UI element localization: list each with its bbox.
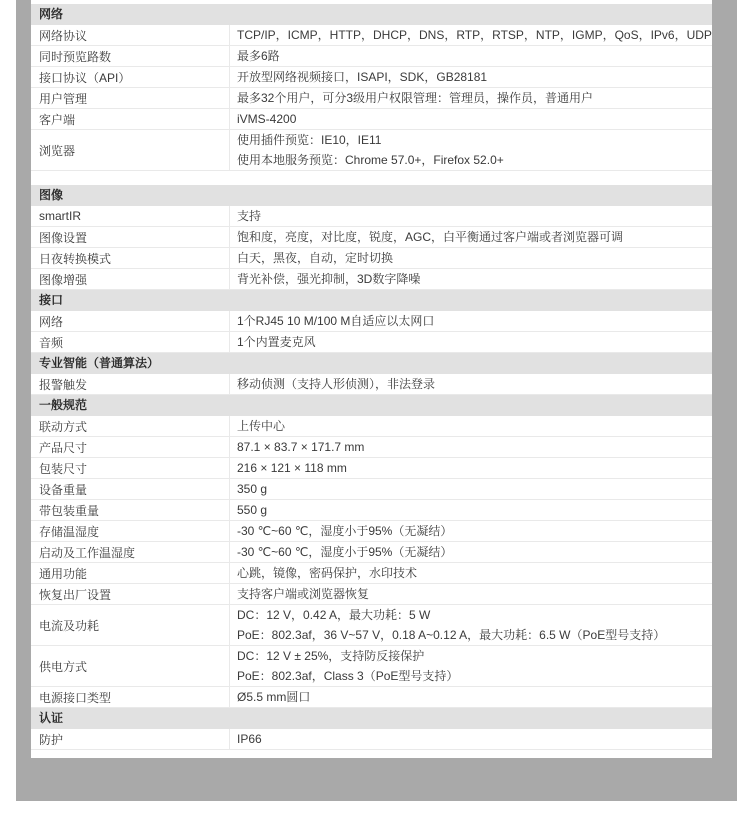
value-line: 上传中心 bbox=[237, 416, 712, 436]
row-label: 音频 bbox=[31, 332, 229, 352]
spec-section: 专业智能（普通算法）报警触发移动侦测（支持人形侦测），非法登录 bbox=[31, 353, 712, 395]
row-label: 存储温湿度 bbox=[31, 521, 229, 541]
value-line: -30 ℃~60 ℃，湿度小于95%（无凝结） bbox=[237, 521, 712, 541]
spec-row: 浏览器使用插件预览：IE10，IE11使用本地服务预览：Chrome 57.0+… bbox=[31, 130, 712, 171]
spec-row: 日夜转换模式白天，黑夜，自动，定时切换 bbox=[31, 248, 712, 269]
value-line: 使用插件预览：IE10，IE11 bbox=[237, 130, 712, 150]
row-label: 产品尺寸 bbox=[31, 437, 229, 457]
value-line: PoE：802.3af，36 V~57 V，0.18 A~0.12 A，最大功耗… bbox=[237, 625, 712, 645]
section-header: 认证 bbox=[31, 708, 712, 729]
value-line: 最多32个用户，可分3级用户权限管理：管理员，操作员，普通用户 bbox=[237, 88, 712, 108]
row-label: 网络 bbox=[31, 311, 229, 331]
row-label: 电源接口类型 bbox=[31, 687, 229, 707]
spec-row: 包装尺寸216 × 121 × 118 mm bbox=[31, 458, 712, 479]
section-header: 图像 bbox=[31, 185, 712, 206]
row-value: 移动侦测（支持人形侦测），非法登录 bbox=[229, 374, 712, 394]
section-header: 网络 bbox=[31, 4, 712, 25]
row-label: 恢复出厂设置 bbox=[31, 584, 229, 604]
row-label: 用户管理 bbox=[31, 88, 229, 108]
value-line: 550 g bbox=[237, 500, 712, 520]
spec-row: 恢复出厂设置支持客户端或浏览器恢复 bbox=[31, 584, 712, 605]
row-label: 供电方式 bbox=[31, 646, 229, 686]
value-line: 支持 bbox=[237, 206, 712, 226]
row-value: 背光补偿，强光抑制，3D数字降噪 bbox=[229, 269, 712, 289]
spec-row: 音频1个内置麦克风 bbox=[31, 332, 712, 353]
spec-section: 网络网络协议TCP/IP，ICMP，HTTP，DHCP，DNS，RTP，RTSP… bbox=[31, 4, 712, 171]
row-value: 上传中心 bbox=[229, 416, 712, 436]
value-line: 白天，黑夜，自动，定时切换 bbox=[237, 248, 712, 268]
value-line: DC：12 V，0.42 A，最大功耗：5 W bbox=[237, 605, 712, 625]
spec-row: 图像增强背光补偿，强光抑制，3D数字降噪 bbox=[31, 269, 712, 290]
row-value: 最多6路 bbox=[229, 46, 712, 66]
row-value: 白天，黑夜，自动，定时切换 bbox=[229, 248, 712, 268]
product-spec-image: 网络网络协议TCP/IP，ICMP，HTTP，DHCP，DNS，RTP，RTSP… bbox=[0, 0, 750, 824]
row-label: 日夜转换模式 bbox=[31, 248, 229, 268]
row-label: 浏览器 bbox=[31, 130, 229, 170]
spec-row: 通用功能心跳，镜像，密码保护，水印技术 bbox=[31, 563, 712, 584]
spec-section: 接口网络1个RJ45 10 M/100 M自适应以太网口音频1个内置麦克风 bbox=[31, 290, 712, 353]
value-line: TCP/IP，ICMP，HTTP，DHCP，DNS，RTP，RTSP，NTP，I… bbox=[237, 25, 712, 45]
row-label: 接口协议（API） bbox=[31, 67, 229, 87]
value-line: 心跳，镜像，密码保护，水印技术 bbox=[237, 563, 712, 583]
row-value: 350 g bbox=[229, 479, 712, 499]
spec-row: 图像设置饱和度，亮度，对比度，锐度，AGC，白平衡通过客户端或者浏览器可调 bbox=[31, 227, 712, 248]
spec-row: 网络协议TCP/IP，ICMP，HTTP，DHCP，DNS，RTP，RTSP，N… bbox=[31, 25, 712, 46]
value-line: 移动侦测（支持人形侦测），非法登录 bbox=[237, 374, 712, 394]
spec-row: 防护IP66 bbox=[31, 729, 712, 750]
background-panel: 网络网络协议TCP/IP，ICMP，HTTP，DHCP，DNS，RTP，RTSP… bbox=[16, 0, 737, 801]
row-value: -30 ℃~60 ℃，湿度小于95%（无凝结） bbox=[229, 542, 712, 562]
row-value: 550 g bbox=[229, 500, 712, 520]
spec-row: 启动及工作温湿度-30 ℃~60 ℃，湿度小于95%（无凝结） bbox=[31, 542, 712, 563]
row-label: 同时预览路数 bbox=[31, 46, 229, 66]
spec-table: 网络网络协议TCP/IP，ICMP，HTTP，DHCP，DNS，RTP，RTSP… bbox=[31, 4, 712, 750]
value-line: 使用本地服务预览：Chrome 57.0+，Firefox 52.0+ bbox=[237, 150, 712, 170]
row-value: 心跳，镜像，密码保护，水印技术 bbox=[229, 563, 712, 583]
row-value: Ø5.5 mm圆口 bbox=[229, 687, 712, 707]
row-value: 87.1 × 83.7 × 171.7 mm bbox=[229, 437, 712, 457]
section-header: 接口 bbox=[31, 290, 712, 311]
row-label: 网络协议 bbox=[31, 25, 229, 45]
value-line: -30 ℃~60 ℃，湿度小于95%（无凝结） bbox=[237, 542, 712, 562]
row-value: 最多32个用户，可分3级用户权限管理：管理员，操作员，普通用户 bbox=[229, 88, 712, 108]
row-label: 客户端 bbox=[31, 109, 229, 129]
row-value: iVMS-4200 bbox=[229, 109, 712, 129]
value-line: 开放型网络视频接口，ISAPI，SDK，GB28181 bbox=[237, 67, 712, 87]
row-label: 电流及功耗 bbox=[31, 605, 229, 645]
row-value: 饱和度，亮度，对比度，锐度，AGC，白平衡通过客户端或者浏览器可调 bbox=[229, 227, 712, 247]
spec-row: 产品尺寸87.1 × 83.7 × 171.7 mm bbox=[31, 437, 712, 458]
row-label: 报警触发 bbox=[31, 374, 229, 394]
spec-row: 接口协议（API）开放型网络视频接口，ISAPI，SDK，GB28181 bbox=[31, 67, 712, 88]
value-line: 背光补偿，强光抑制，3D数字降噪 bbox=[237, 269, 712, 289]
spec-section: 图像smartIR支持图像设置饱和度，亮度，对比度，锐度，AGC，白平衡通过客户… bbox=[31, 185, 712, 290]
value-line: 350 g bbox=[237, 479, 712, 499]
value-line: 1个RJ45 10 M/100 M自适应以太网口 bbox=[237, 311, 712, 331]
spec-row: 用户管理最多32个用户，可分3级用户权限管理：管理员，操作员，普通用户 bbox=[31, 88, 712, 109]
spec-row: 带包装重量550 g bbox=[31, 500, 712, 521]
spec-row: 网络1个RJ45 10 M/100 M自适应以太网口 bbox=[31, 311, 712, 332]
spec-row: 同时预览路数最多6路 bbox=[31, 46, 712, 67]
spec-row: 供电方式DC：12 V ± 25%，支持防反接保护PoE：802.3af，Cla… bbox=[31, 646, 712, 687]
row-value: 支持 bbox=[229, 206, 712, 226]
row-value: 使用插件预览：IE10，IE11使用本地服务预览：Chrome 57.0+，Fi… bbox=[229, 130, 712, 170]
spec-row: 存储温湿度-30 ℃~60 ℃，湿度小于95%（无凝结） bbox=[31, 521, 712, 542]
spec-row: 客户端iVMS-4200 bbox=[31, 109, 712, 130]
row-label: 通用功能 bbox=[31, 563, 229, 583]
row-value: IP66 bbox=[229, 729, 712, 749]
section-header: 一般规范 bbox=[31, 395, 712, 416]
value-line: 支持客户端或浏览器恢复 bbox=[237, 584, 712, 604]
spec-row: 设备重量350 g bbox=[31, 479, 712, 500]
row-label: smartIR bbox=[31, 206, 229, 226]
value-line: Ø5.5 mm圆口 bbox=[237, 687, 712, 707]
spec-row: smartIR支持 bbox=[31, 206, 712, 227]
row-value: DC：12 V，0.42 A，最大功耗：5 WPoE：802.3af，36 V~… bbox=[229, 605, 712, 645]
value-line: 216 × 121 × 118 mm bbox=[237, 458, 712, 478]
value-line: PoE：802.3af，Class 3（PoE型号支持） bbox=[237, 666, 712, 686]
value-line: DC：12 V ± 25%，支持防反接保护 bbox=[237, 646, 712, 666]
row-value: 开放型网络视频接口，ISAPI，SDK，GB28181 bbox=[229, 67, 712, 87]
row-label: 联动方式 bbox=[31, 416, 229, 436]
row-label: 带包装重量 bbox=[31, 500, 229, 520]
value-line: IP66 bbox=[237, 729, 712, 749]
row-value: 216 × 121 × 118 mm bbox=[229, 458, 712, 478]
row-label: 启动及工作温湿度 bbox=[31, 542, 229, 562]
row-label: 图像增强 bbox=[31, 269, 229, 289]
spec-row: 报警触发移动侦测（支持人形侦测），非法登录 bbox=[31, 374, 712, 395]
value-line: 最多6路 bbox=[237, 46, 712, 66]
value-line: iVMS-4200 bbox=[237, 109, 712, 129]
row-value: DC：12 V ± 25%，支持防反接保护PoE：802.3af，Class 3… bbox=[229, 646, 712, 686]
spec-row: 电源接口类型Ø5.5 mm圆口 bbox=[31, 687, 712, 708]
row-label: 设备重量 bbox=[31, 479, 229, 499]
spec-row: 电流及功耗DC：12 V，0.42 A，最大功耗：5 WPoE：802.3af，… bbox=[31, 605, 712, 646]
row-value: 1个RJ45 10 M/100 M自适应以太网口 bbox=[229, 311, 712, 331]
row-label: 图像设置 bbox=[31, 227, 229, 247]
spec-card: 网络网络协议TCP/IP，ICMP，HTTP，DHCP，DNS，RTP，RTSP… bbox=[31, 0, 712, 758]
value-line: 饱和度，亮度，对比度，锐度，AGC，白平衡通过客户端或者浏览器可调 bbox=[237, 227, 712, 247]
value-line: 1个内置麦克风 bbox=[237, 332, 712, 352]
row-label: 防护 bbox=[31, 729, 229, 749]
spec-section: 一般规范联动方式上传中心产品尺寸87.1 × 83.7 × 171.7 mm包装… bbox=[31, 395, 712, 708]
spec-section: 认证防护IP66 bbox=[31, 708, 712, 750]
row-value: TCP/IP，ICMP，HTTP，DHCP，DNS，RTP，RTSP，NTP，I… bbox=[229, 25, 712, 45]
row-value: 支持客户端或浏览器恢复 bbox=[229, 584, 712, 604]
value-line: 87.1 × 83.7 × 171.7 mm bbox=[237, 437, 712, 457]
row-value: -30 ℃~60 ℃，湿度小于95%（无凝结） bbox=[229, 521, 712, 541]
section-header: 专业智能（普通算法） bbox=[31, 353, 712, 374]
row-value: 1个内置麦克风 bbox=[229, 332, 712, 352]
row-label: 包装尺寸 bbox=[31, 458, 229, 478]
spec-row: 联动方式上传中心 bbox=[31, 416, 712, 437]
